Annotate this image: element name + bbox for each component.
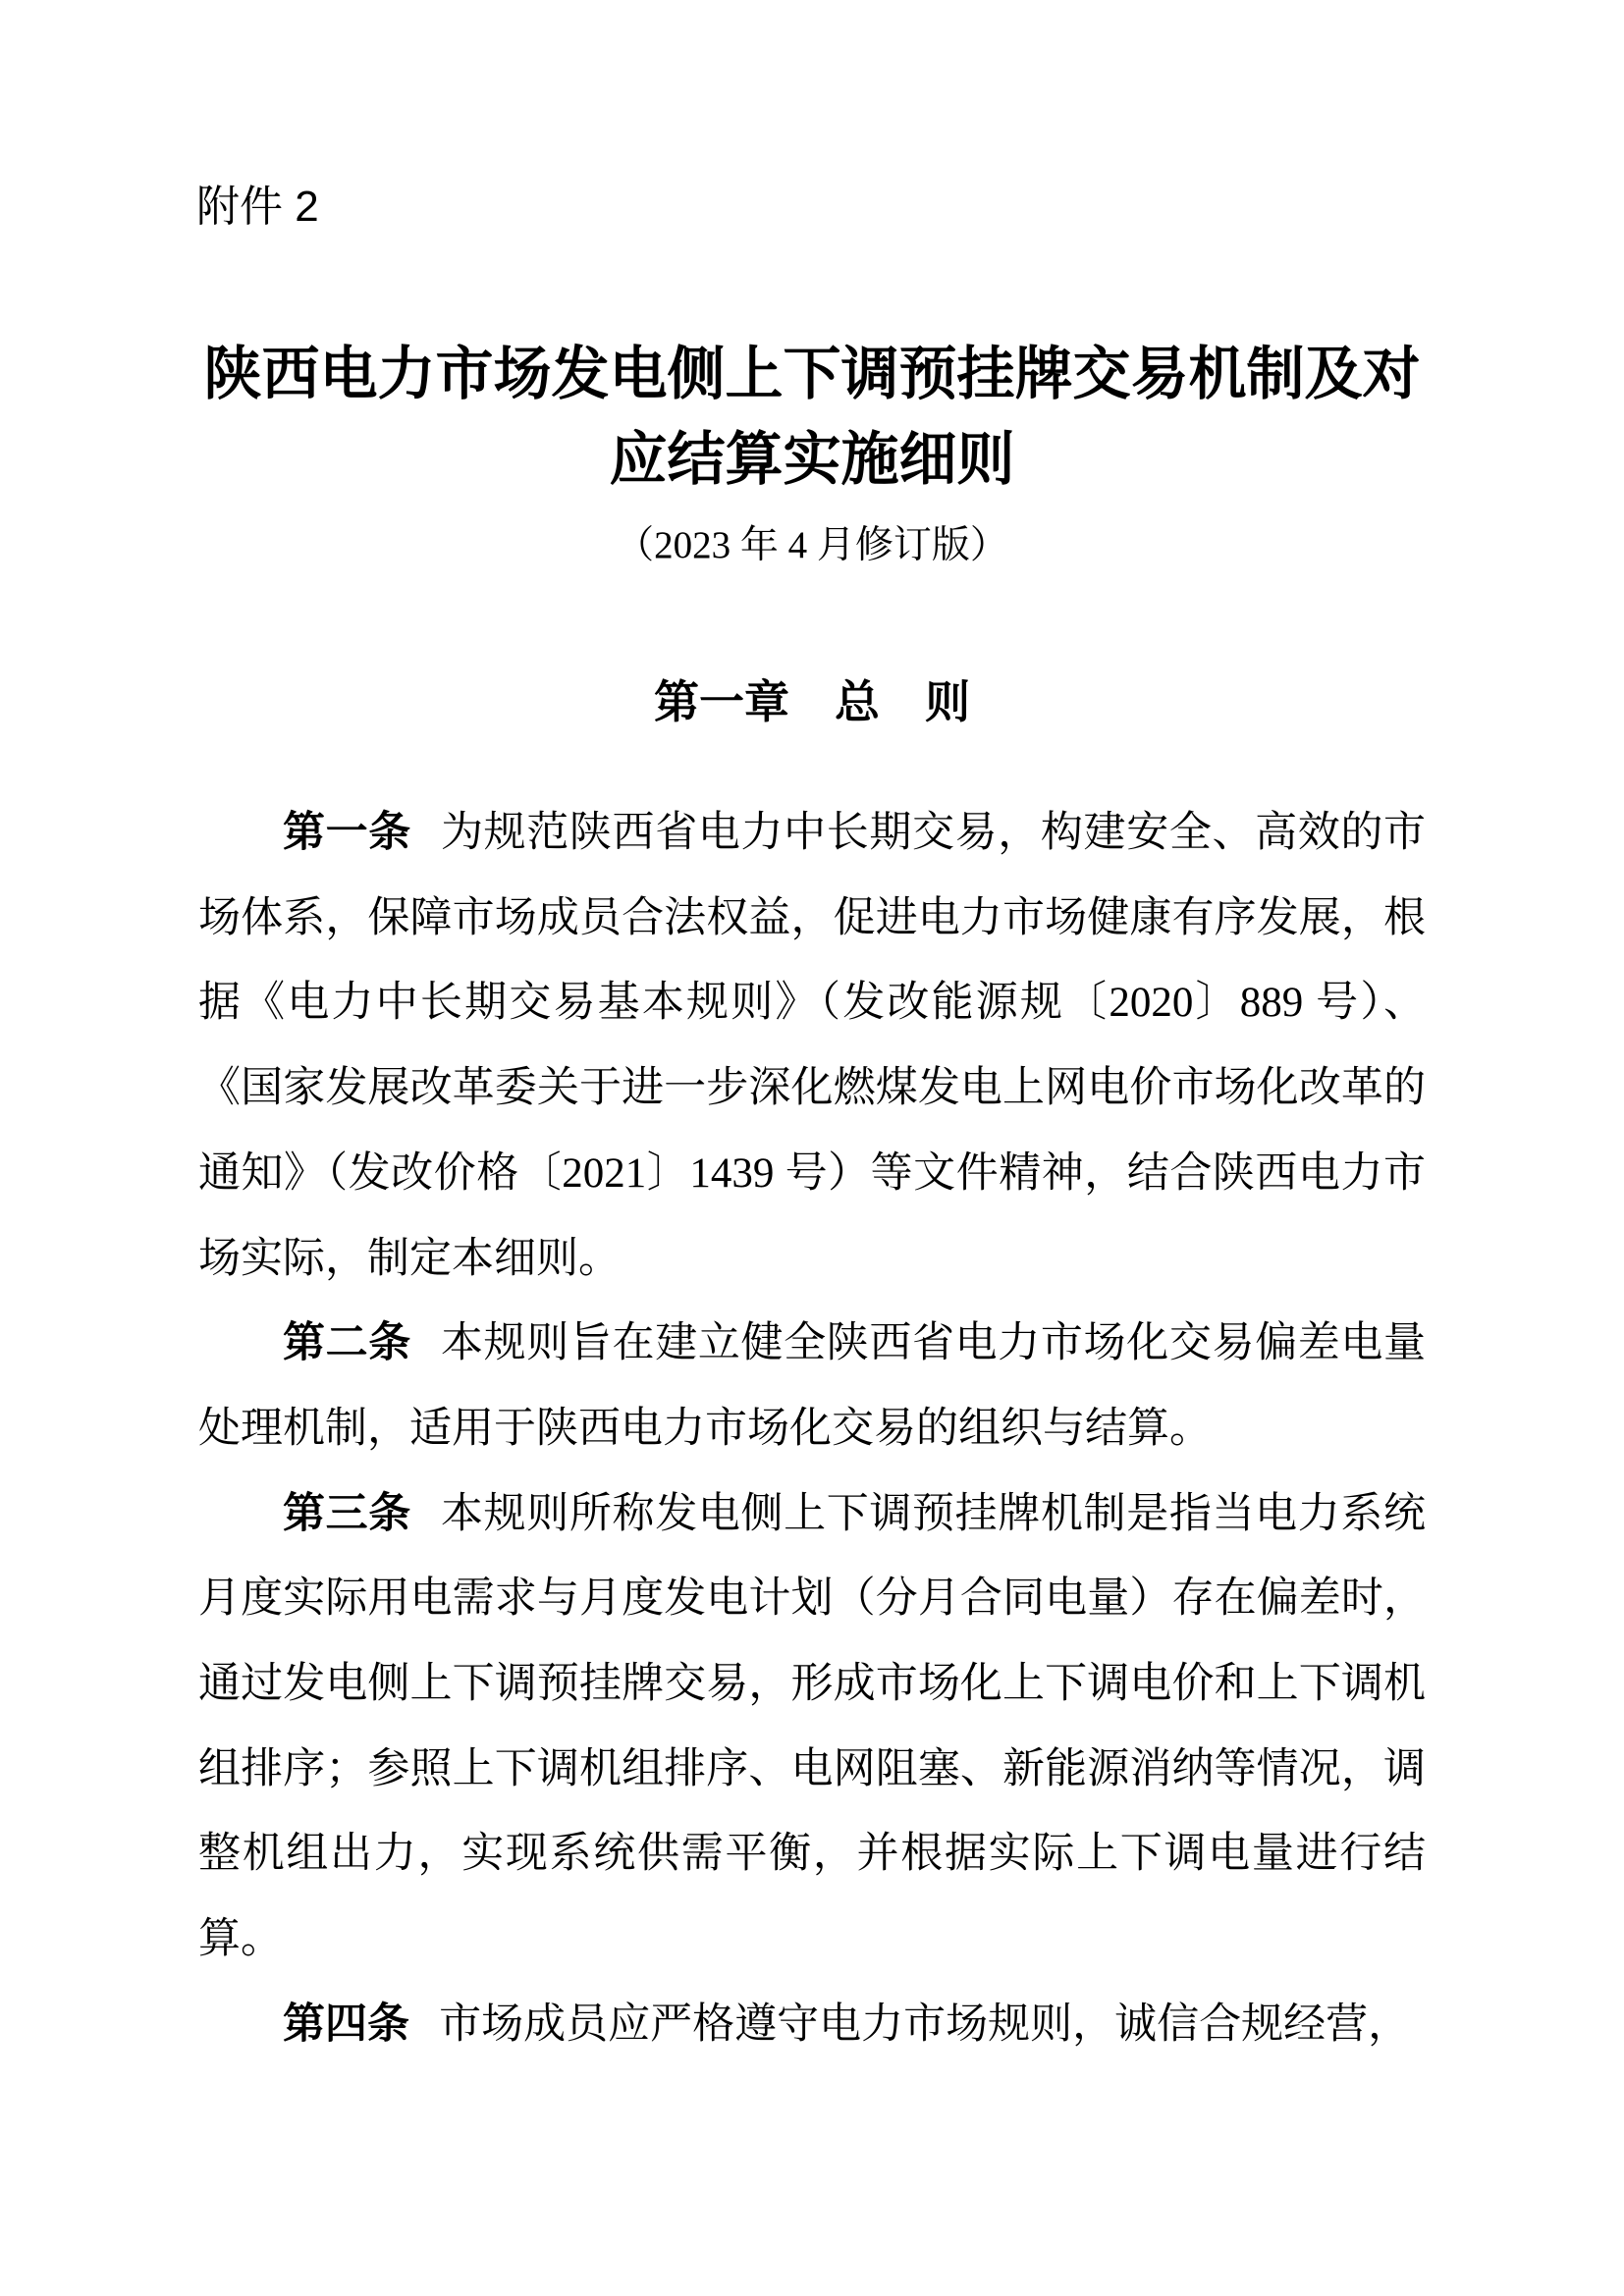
document-page: 附件 2 陕西电力市场发电侧上下调预挂牌交易机制及对 应结算实施细则 （2023… xyxy=(0,0,1624,2296)
article-2-label: 第二条 xyxy=(283,1320,411,1366)
document-title: 陕西电力市场发电侧上下调预挂牌交易机制及对 应结算实施细则 xyxy=(79,332,1545,503)
article-4: 第四条市场成员应严格遵守电力市场规则，诚信合规经营， xyxy=(198,1983,1426,2068)
chapter-heading: 第一章 总 则 xyxy=(0,671,1624,732)
article-3: 第三条本规则所称发电侧上下调预挂牌机制是指当电力系统月度实际用电需求与月度发电计… xyxy=(198,1472,1426,1983)
document-body: 第一条为规范陕西省电力中长期交易，构建安全、高效的市场体系，保障市场成员合法权益… xyxy=(198,791,1426,2068)
article-4-label: 第四条 xyxy=(283,2002,409,2048)
article-3-text: 本规则所称发电侧上下调预挂牌机制是指当电力系统月度实际用电需求与月度发电计划（分… xyxy=(198,1491,1426,1963)
document-title-line-1: 陕西电力市场发电侧上下调预挂牌交易机制及对 xyxy=(79,332,1545,417)
article-1-label: 第一条 xyxy=(283,810,411,856)
article-2: 第二条本规则旨在建立健全陕西省电力市场化交易偏差电量处理机制，适用于陕西电力市场… xyxy=(198,1302,1426,1471)
article-4-text: 市场成员应严格遵守电力市场规则，诚信合规经营， xyxy=(439,2002,1410,2048)
article-1: 第一条为规范陕西省电力中长期交易，构建安全、高效的市场体系，保障市场成员合法权益… xyxy=(198,791,1426,1302)
attachment-label: 附件 2 xyxy=(196,183,319,233)
document-subtitle: （2023 年 4 月修订版） xyxy=(0,520,1624,571)
article-3-label: 第三条 xyxy=(283,1491,411,1537)
article-1-text: 为规范陕西省电力中长期交易，构建安全、高效的市场体系，保障市场成员合法权益，促进… xyxy=(198,810,1426,1282)
document-title-line-2: 应结算实施细则 xyxy=(79,417,1545,503)
